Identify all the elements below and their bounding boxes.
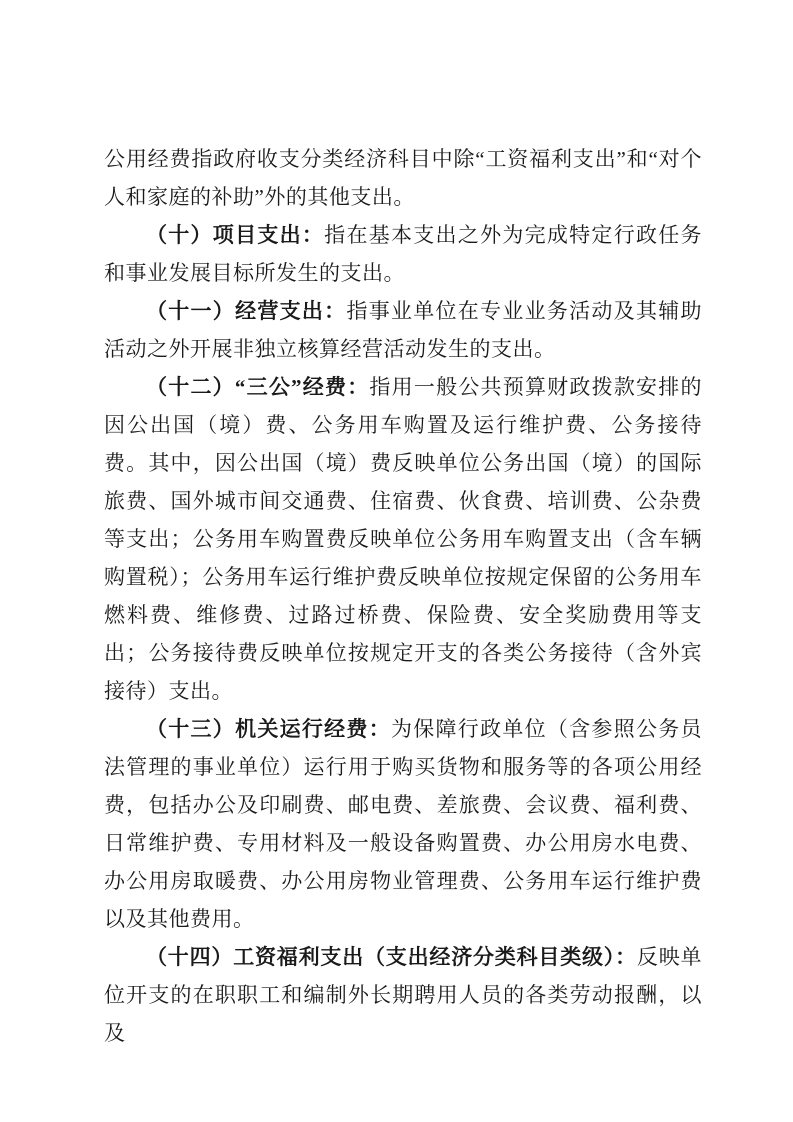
term-heading: （十四）工资福利支出（支出经济分类科目类级）：: [146, 945, 637, 969]
term-heading: （十）项目支出：: [146, 223, 324, 247]
paragraph: （十一）经营支出：指事业单位在专业业务活动及其辅助活动之外开展非独立核算经营活动…: [104, 292, 702, 368]
term-heading: （十三）机关运行经费：: [146, 717, 391, 741]
term-heading: （十二）“三公”经费：: [146, 375, 369, 399]
text-segment: 公用经费指政府收支分类经济科目中除“工资福利支出”和“对个人和家庭的补助”外的其…: [104, 147, 702, 209]
text-segment: 为保障行政单位（含参照公务员法管理的事业单位）运行用于购买货物和服务等的各项公用…: [104, 717, 702, 931]
paragraph: （十四）工资福利支出（支出经济分类科目类级）：反映单位开支的在职职工和编制外长期…: [104, 938, 702, 1052]
paragraph: （十三）机关运行经费：为保障行政单位（含参照公务员法管理的事业单位）运行用于购买…: [104, 710, 702, 938]
term-heading: （十一）经营支出：: [146, 299, 346, 323]
text-segment: 指用一般公共预算财政拨款安排的因公出国（境）费、公务用车购置及运行维护费、公务接…: [104, 375, 702, 703]
paragraph: 公用经费指政府收支分类经济科目中除“工资福利支出”和“对个人和家庭的补助”外的其…: [104, 140, 702, 216]
paragraph: （十）项目支出：指在基本支出之外为完成特定行政任务和事业发展目标所发生的支出。: [104, 216, 702, 292]
document-page: 公用经费指政府收支分类经济科目中除“工资福利支出”和“对个人和家庭的补助”外的其…: [0, 0, 793, 1122]
document-body: 公用经费指政府收支分类经济科目中除“工资福利支出”和“对个人和家庭的补助”外的其…: [104, 140, 702, 1052]
paragraph: （十二）“三公”经费：指用一般公共预算财政拨款安排的因公出国（境）费、公务用车购…: [104, 368, 702, 710]
